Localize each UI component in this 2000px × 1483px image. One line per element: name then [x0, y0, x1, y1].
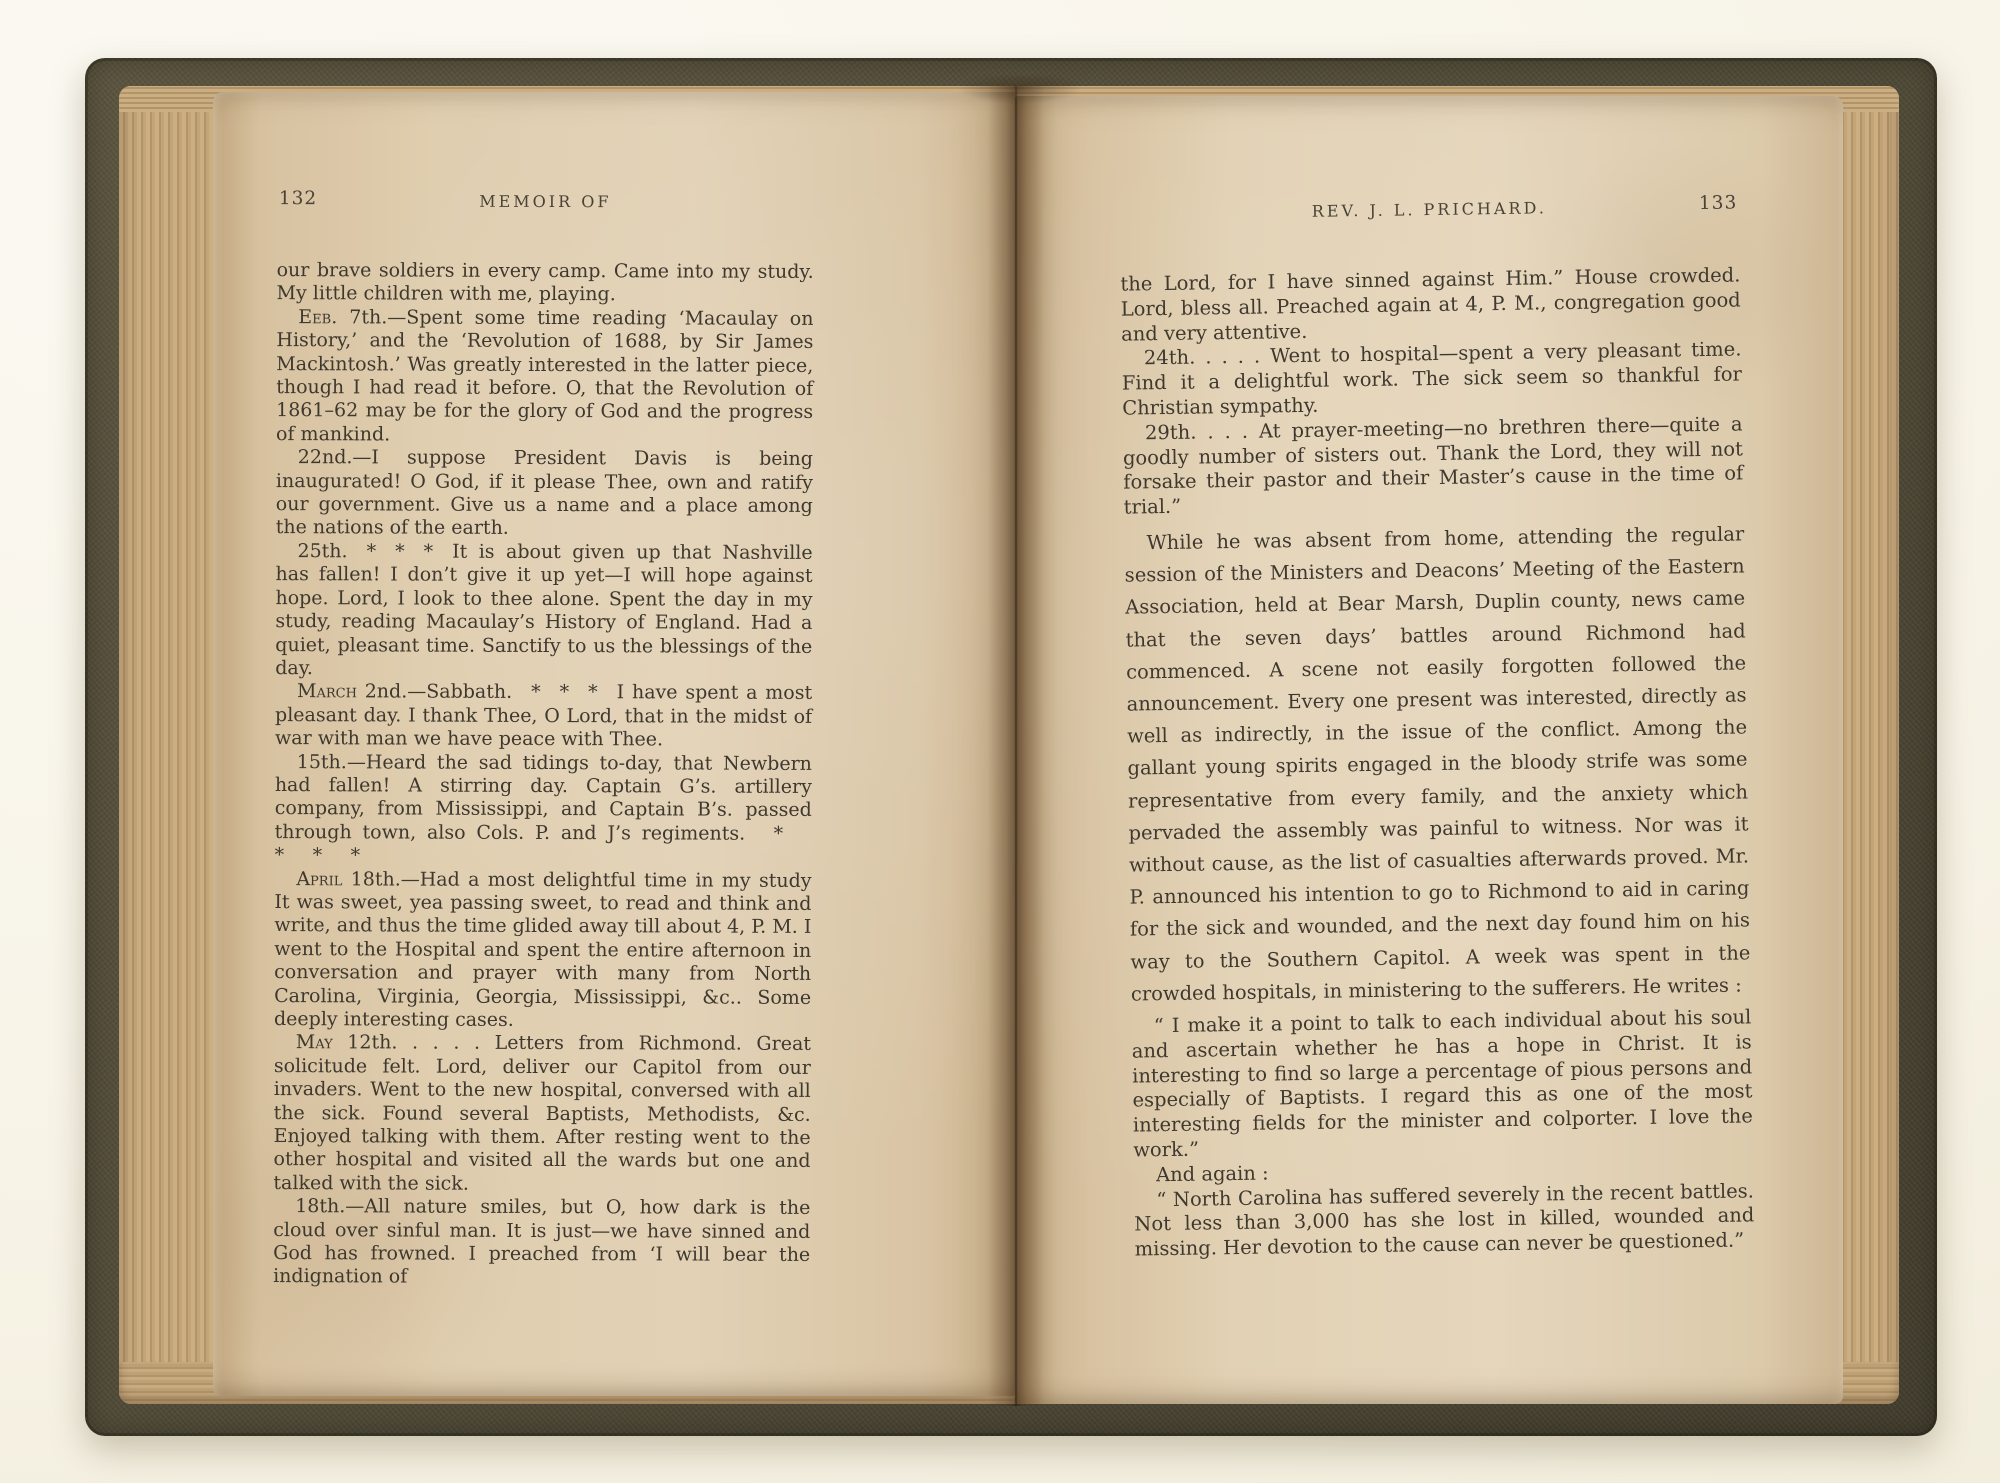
paragraph: Eeb. 7th.—Spent some time reading ‘Macau… [276, 306, 813, 448]
paragraph: April 18th.—Had a most delightful time i… [274, 868, 812, 1034]
paragraph: 24th. . . . . Went to hospital—spent a v… [1121, 338, 1742, 422]
paragraph: “ North Carolina has suffered severely i… [1134, 1179, 1755, 1263]
right-page-text-block: REV. J. L. PRICHARD. 133 the Lord, for I… [1119, 191, 1755, 1262]
paragraph: 25th. * * * It is about given up that Na… [275, 540, 812, 682]
paragraph-lead-smallcaps: Eeb. [298, 306, 337, 328]
left-page: 132 MEMOIR OF our brave soldiers in ever… [213, 92, 1015, 1396]
right-page-header: REV. J. L. PRICHARD. 133 [1119, 191, 1739, 226]
left-running-header: MEMOIR OF [277, 189, 814, 214]
left-page-text-block: 132 MEMOIR OF our brave soldiers in ever… [273, 187, 814, 1291]
paragraph: the Lord, for I have sinned against Him.… [1120, 263, 1741, 347]
right-running-header: REV. J. L. PRICHARD. [1119, 193, 1739, 227]
paragraph-lead-smallcaps: April [296, 868, 342, 890]
paragraph-lead-smallcaps: May [296, 1032, 333, 1054]
book-cover: 132 MEMOIR OF our brave soldiers in ever… [85, 58, 1937, 1436]
right-page-body: the Lord, for I have sinned against Him.… [1120, 263, 1755, 1262]
paragraph: 22nd.—I suppose President Davis is being… [276, 446, 813, 541]
right-page: REV. J. L. PRICHARD. 133 the Lord, for I… [1015, 96, 1843, 1404]
paragraph: March 2nd.—Sabbath. * * * I have spent a… [275, 680, 812, 752]
paragraph-lead-smallcaps: March [297, 680, 357, 702]
right-page-number: 133 [1699, 191, 1738, 216]
left-page-body: our brave soldiers in every camp. Came i… [273, 259, 814, 1291]
paragraph: May 12th. . . . . Letters from Richmond.… [273, 1031, 811, 1197]
paragraph: 29th. . . . At prayer-meeting—no brethre… [1122, 412, 1743, 520]
paragraph: our brave soldiers in every camp. Came i… [277, 259, 814, 308]
paragraph: “ I make it a point to talk to each indi… [1131, 1005, 1753, 1163]
left-page-header: 132 MEMOIR OF [277, 187, 814, 215]
paragraph: 15th.—Heard the sad tidings to-day, that… [275, 751, 812, 870]
photo-background: 132 MEMOIR OF our brave soldiers in ever… [0, 0, 2000, 1483]
paragraph: 18th.—All nature smiles, but O, how dark… [273, 1195, 810, 1290]
paragraph: While he was absent from home, attending… [1124, 518, 1751, 1010]
